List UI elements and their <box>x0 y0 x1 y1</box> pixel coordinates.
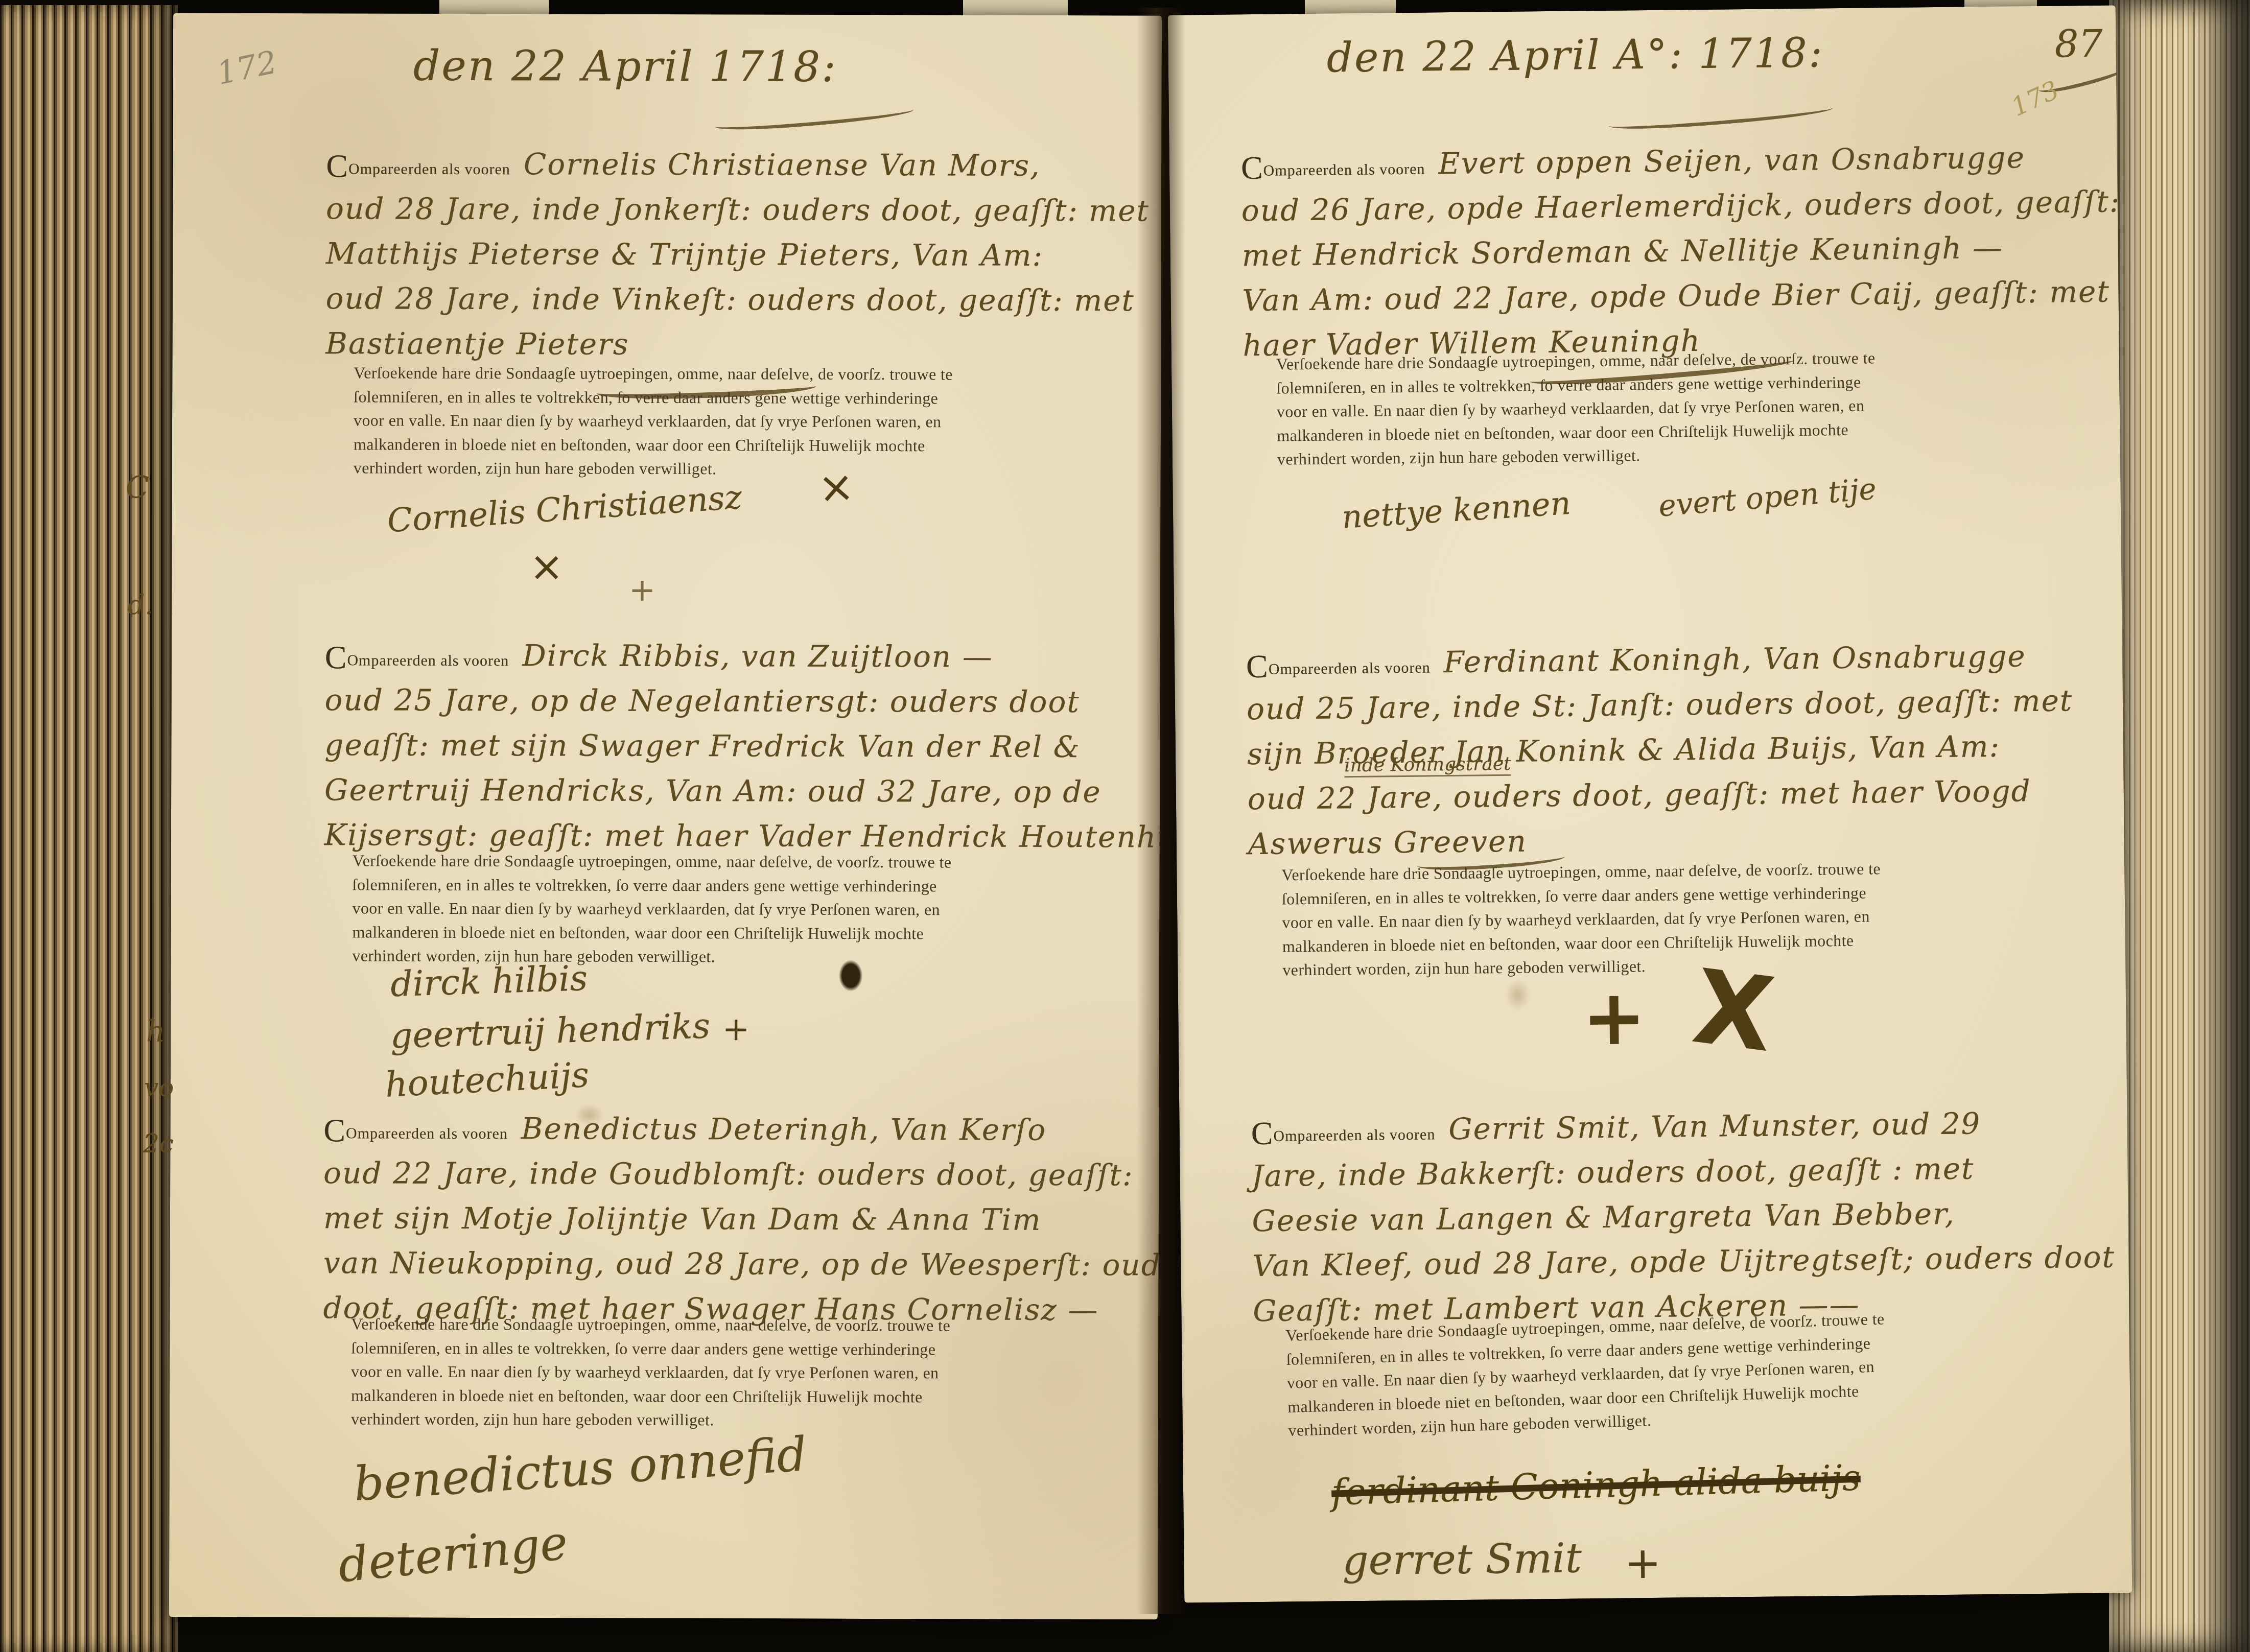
entry-line: oud 28 Jare, inde Jonkerſt: ouders doot,… <box>326 186 1154 233</box>
ink-blot <box>835 955 866 997</box>
printed-intro: COmpareerden als vooren <box>326 160 510 178</box>
cross-mark: + <box>722 1010 750 1048</box>
marriage-entry: COmpareerden als voorenBenedictus Deteri… <box>323 1105 1151 1332</box>
page-date-header: den 22 April 1718: <box>413 42 837 91</box>
register-scan: C d. h vo 2c 172 den 22 April 1718: COmp… <box>0 0 2250 1652</box>
signature: deteringe <box>336 1515 570 1593</box>
printed-banns-formula: Verſoekende hare drie Sondaagſe uytroepi… <box>1285 1305 1963 1442</box>
right-page-stack-edge <box>2109 0 2250 1652</box>
margin-fragment: C <box>126 470 149 506</box>
pencil-folio-number: 172 <box>214 43 280 92</box>
signature: geertruij hendriks <box>390 1006 711 1056</box>
entry-line: oud 28 Jare, inde Vinkeſt: ouders doot, … <box>326 276 1154 323</box>
entry-line: oud 22 Jare, inde Goudblomſt: ouders doo… <box>323 1150 1151 1197</box>
printed-intro: COmpareerden als vooren <box>1246 659 1431 678</box>
signature: nettye kennen <box>1341 484 1572 536</box>
left-page-stack-edge <box>0 5 178 1652</box>
ink-smear <box>1499 972 1536 1018</box>
marriage-entry: COmpareerden als voorenGerrit Smit, Van … <box>1251 1100 2081 1333</box>
cross-mark: X <box>1687 947 1780 1075</box>
entry-line: Geesie van Langen & Margreta Van Bebber, <box>1252 1190 2080 1243</box>
entry-line: Van Am: oud 22 Jare, opde Oude Bier Caij… <box>1242 269 2070 323</box>
entry-line: van Nieukopping, oud 28 Jare, op de Wees… <box>323 1240 1151 1287</box>
signature: benedictus onnefid <box>352 1427 808 1512</box>
entry-line: oud 26 Jare, opde Haerlemerdijck, ouders… <box>1241 179 2069 233</box>
entry-line: geaſſt: met sijn Swager Fredrick Van der… <box>324 722 1152 769</box>
pen-flourish <box>714 102 914 134</box>
margin-fragment: d. <box>128 590 153 621</box>
entry-line: Gerrit Smit, Van Munster, oud 29 <box>1448 1106 1981 1146</box>
left-page: 172 den 22 April 1718: COmpareerden als … <box>169 13 1162 1619</box>
entry-line: oud 25 Jare, inde St: Janſt: ouders doot… <box>1247 678 2075 731</box>
entry-line: Jare, inde Bakkerſt: ouders doot, geaſſt… <box>1251 1145 2079 1198</box>
margin-fragment: h <box>146 1014 165 1049</box>
printed-intro: COmpareerden als vooren <box>323 1125 508 1142</box>
entry-line: Dirck Ribbis, van Zuijtloon — <box>522 638 993 674</box>
entry-line: Evert oppen Seijen, van Osnabrugge <box>1438 140 2025 181</box>
struck-signature: ferdinant Coningh alida buijs <box>1331 1457 1861 1514</box>
marriage-entry: COmpareerden als voorenCornelis Christia… <box>325 141 1154 368</box>
printed-banns-formula: Verſoekende hare drie Sondaagſe uytroepi… <box>354 361 1041 481</box>
entry-line: Geertruij Hendricks, Van Am: oud 32 Jare… <box>324 767 1152 814</box>
entry-line: Cornelis Christiaense Van Mors, <box>524 147 1041 183</box>
signature: evert open tije <box>1657 471 1878 524</box>
marriage-entry: COmpareerden als voorenEvert oppen Seije… <box>1240 134 2071 368</box>
right-page: 87 173 den 22 April A°: 1718: COmpareerd… <box>1168 5 2132 1602</box>
printed-intro: COmpareerden als vooren <box>1251 1126 1436 1145</box>
interline-note: inde Koningstraet <box>1344 753 1511 777</box>
marriage-entry: COmpareerden als voorenFerdinant Koningh… <box>1246 633 2076 866</box>
cross-mark: + <box>1581 973 1647 1063</box>
entry-line: Benedictus Deteringh, Van Kerſo <box>521 1111 1046 1147</box>
marriage-entry: COmpareerden als voorenDirck Ribbis, van… <box>324 632 1153 859</box>
printed-banns-formula: Verſoekende hare drie Sondaagſe uytroepi… <box>352 848 1040 969</box>
entry-line: Van Kleef, oud 28 Jare, opde Uijtregtseſ… <box>1252 1235 2080 1288</box>
entry-line: met Hendrick Sordeman & Nellitje Keuning… <box>1241 224 2070 278</box>
book-gutter-shadow <box>1137 8 1185 1614</box>
cross-mark: + <box>629 571 655 608</box>
margin-fragment: vo <box>144 1073 174 1102</box>
entry-line: oud 25 Jare, op de Negelantiersgt: ouder… <box>324 677 1152 724</box>
signature: houtechuijs <box>384 1055 590 1105</box>
printed-intro: COmpareerden als vooren <box>1241 161 1425 180</box>
signature: dirck hilbis <box>390 958 589 1005</box>
margin-fragment: 2c <box>143 1129 174 1159</box>
entry-line: Matthijs Pieterse & Trijntje Pieters, Va… <box>326 231 1154 278</box>
entry-line: Ferdinant Koningh, Van Osnabrugge <box>1443 639 2026 679</box>
printed-banns-formula: Verſoekende hare drie Sondaagſe uytroepi… <box>351 1312 1039 1432</box>
page-date-header: den 22 April A°: 1718: <box>1326 29 1824 81</box>
printed-banns-formula: Verſoekende hare drie Sondaagſe uytroepi… <box>1281 856 1957 982</box>
pen-flourish <box>1608 101 1833 133</box>
entry-line: met sijn Motje Jolijntje Van Dam & Anna … <box>323 1195 1151 1242</box>
cross-mark: + <box>1624 1538 1661 1589</box>
cross-mark: × <box>816 461 856 513</box>
signature: gerret Smit <box>1342 1534 1582 1584</box>
cross-mark: × <box>529 542 564 590</box>
printed-intro: COmpareerden als vooren <box>325 652 509 669</box>
ink-folio-number: 87 <box>2054 22 2103 66</box>
printed-banns-formula: Verſoekende hare drie Sondaagſe uytroepi… <box>1276 345 1952 471</box>
